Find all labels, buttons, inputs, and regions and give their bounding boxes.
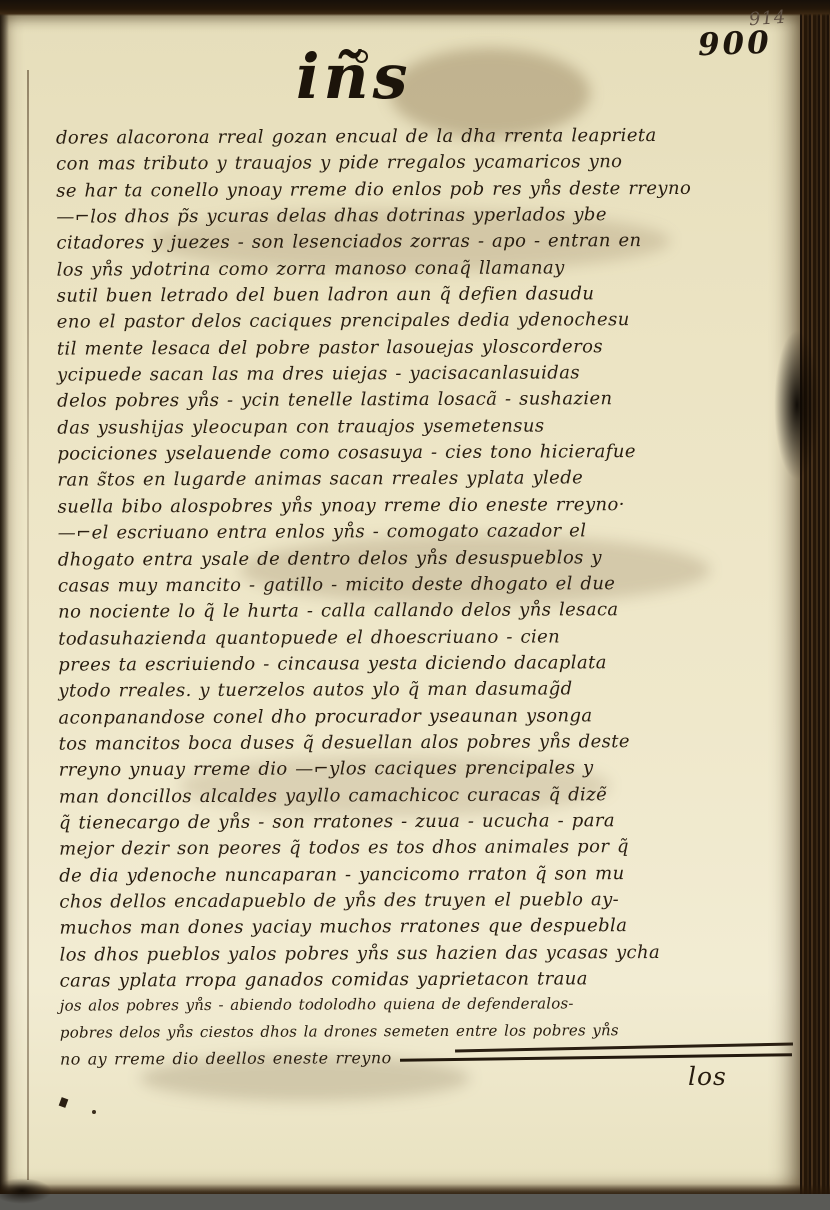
text-line: eno el pastor delos caciques prencipales…	[57, 309, 792, 339]
text-line: todasuhazienda quantopuede el dhoescriua…	[58, 625, 793, 655]
manuscript-text: dores alacorona rreal gozan encual de la…	[56, 124, 795, 1076]
text-line: —⌐los dhos p̃s ycuras delas dhas dotrina…	[56, 203, 791, 233]
text-line: sutil buen letrado del buen ladron aun q…	[57, 282, 792, 312]
text-line: dores alacorona rreal gozan encual de la…	[56, 124, 791, 154]
text-line: muchos man dones yaciay muchos rratones …	[59, 915, 794, 945]
text-line: mejor dezir son peores q̃ todos es tos d…	[59, 836, 794, 866]
text-line: con mas tributo y trauajos y pide rregal…	[56, 151, 791, 181]
text-line: jos alos pobres yn̊s - abiendo todolodho…	[60, 994, 795, 1024]
manuscript-scan: 914 900 iñs dores alacorona rreal gozan …	[0, 0, 830, 1210]
text-line: se har ta conello ynoay rreme dio enlos …	[56, 177, 791, 207]
text-line: q̃ tienecargo de yn̊s - son rratones - z…	[59, 809, 794, 839]
text-line: citadores y juezes - son lesenciados zor…	[56, 230, 791, 260]
ihs-monogram: iñs	[296, 46, 412, 108]
book-edge-wood	[800, 0, 830, 1210]
text-line: ytodo rreales. y tuerzelos autos ylo q̃ …	[58, 678, 793, 708]
text-line: chos dellos encadapueblo de yn̊s des tru…	[59, 888, 794, 918]
text-line: ran s̃tos en lugarde animas sacan rreale…	[57, 467, 792, 497]
text-line: casas muy mancito - gatillo - micito des…	[58, 572, 793, 602]
text-line: los dhos pueblos yalos pobres yn̊s sus h…	[59, 941, 794, 971]
text-line: pociciones yselauende como cosasuya - ci…	[57, 441, 792, 471]
text-line: aconpanandose conel dho procurador yseau…	[58, 704, 793, 734]
text-line: no nociente lo q̃ le hurta - calla calla…	[58, 599, 793, 629]
page-left-edge	[0, 0, 9, 1210]
monogram-abbreviation-ring	[355, 50, 368, 63]
catchword: los	[688, 1062, 727, 1091]
text-line: til mente lesaca del pobre pastor lasoue…	[57, 335, 792, 365]
original-page-number: 900	[698, 25, 773, 64]
text-line: delos pobres yn̊s - ycin tenelle lastima…	[57, 388, 792, 418]
ink-mark	[92, 1110, 96, 1114]
text-line: das ysushijas yleocupan con trauajos yse…	[57, 414, 792, 444]
text-line: prees ta escriuiendo - cincausa yesta di…	[58, 651, 793, 681]
table-surface	[0, 1194, 830, 1210]
text-line: —⌐el escriuano entra enlos yn̊s - comoga…	[58, 520, 793, 550]
text-line: dhogato entra ysale de dentro delos yn̊s…	[58, 546, 793, 576]
text-line: tos mancitos boca duses q̃ desuellan alo…	[59, 730, 794, 760]
page-crease-line	[27, 70, 29, 1180]
text-line: man doncillos alcaldes yayllo camachicoc…	[59, 783, 794, 813]
text-line: de dia ydenoche nuncaparan - yancicomo r…	[59, 862, 794, 892]
text-line: suella bibo alospobres yn̊s ynoay rreme …	[58, 493, 793, 523]
text-line: los yn̊s ydotrina como zorra manoso cona…	[57, 256, 792, 286]
page-top-edge	[0, 0, 830, 16]
text-line: caras yplata rropa ganados comidas yapri…	[60, 967, 795, 997]
text-line: ycipuede sacan las ma dres uiejas - yaci…	[57, 361, 792, 391]
text-line: rreyno ynuay rreme dio —⌐ylos caciques p…	[59, 757, 794, 787]
